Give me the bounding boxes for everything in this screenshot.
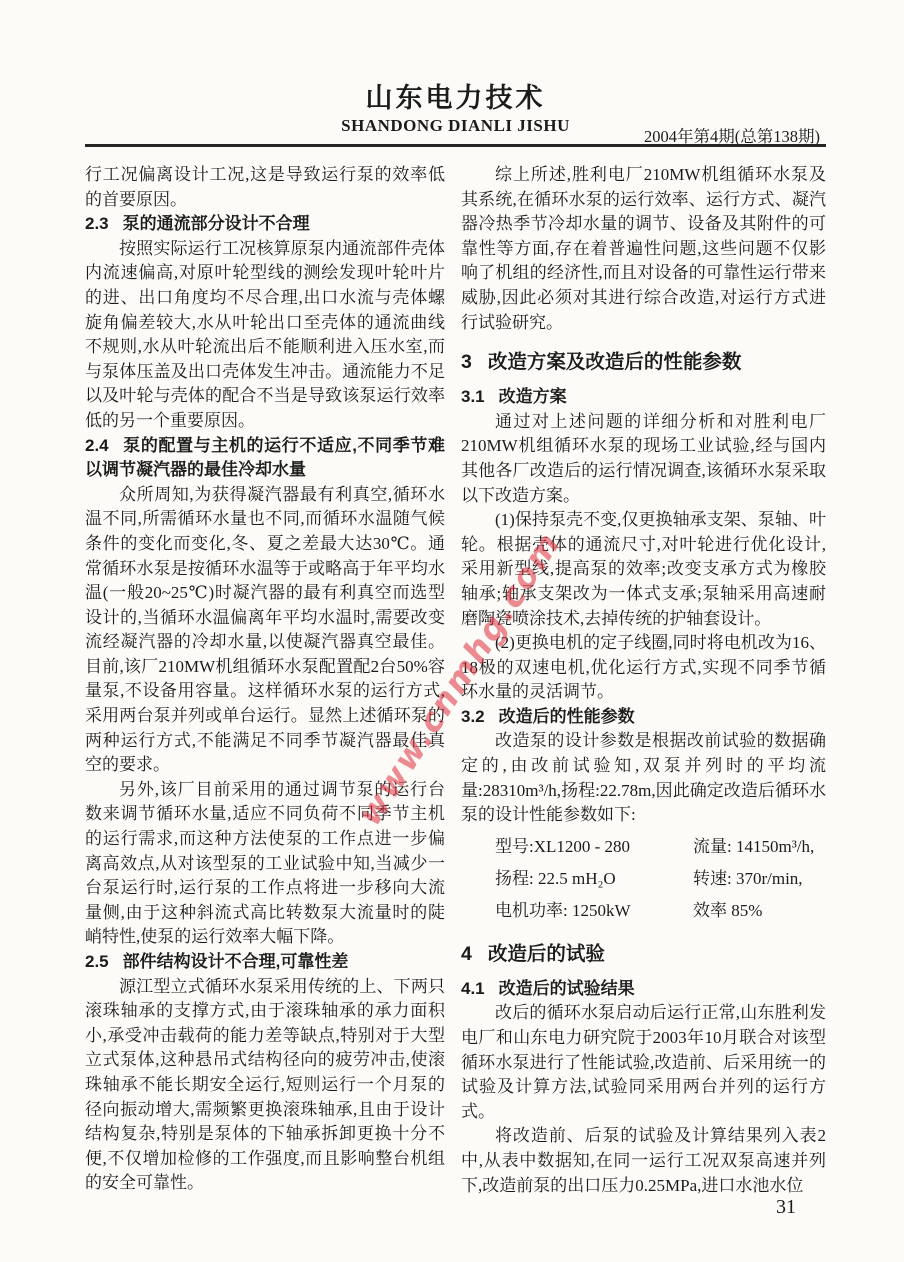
spec-row: 型号:XL1200 - 280 流量: 14150m³/h, [495,831,826,863]
journal-title: 山东电力技术 [85,82,826,114]
right-column: 综上所述,胜利电厂210MW机组循环水泵及其系统,在循环水泵的运行效率、运行方式… [461,163,826,1198]
spec-motor-power: 电机功率: 1250kW [495,895,693,927]
spec-head: 扬程: 22.5 mH₂O [495,863,693,895]
heading-title: 改造后的性能参数 [499,707,635,726]
subsection-heading-2-5: 2.5部件结构设计不合理,可靠性差 [85,950,445,975]
heading-number: 4.1 [461,979,485,998]
page-number: 31 [776,1196,796,1219]
paragraph: 源江型立式循环水泵采用传统的上、下两只滚珠轴承的支撑方式,由于滚珠轴承的承力面积… [85,975,445,1196]
paragraph: 行工况偏离设计工况,这是导致运行泵的效率低的首要原因。 [85,163,445,212]
heading-title: 泵的通流部分设计不合理 [123,214,310,233]
design-parameters-table: 型号:XL1200 - 280 流量: 14150m³/h, 扬程: 22.5 … [495,831,826,927]
section-heading-4: 4改造后的试验 [461,941,826,967]
heading-title: 改造后的试验结果 [499,979,635,998]
paragraph: 改造泵的设计参数是根据改前试验的数据确定的,由改前试验知,双泵并列时的平均流量:… [461,729,826,827]
spec-efficiency: 效率 85% [693,895,826,927]
heading-title: 部件结构设计不合理,可靠性差 [123,952,349,971]
spec-row: 扬程: 22.5 mH₂O 转速: 370r/min, [495,863,826,895]
heading-number: 2.3 [85,214,109,233]
journal-page: 山东电力技术 SHANDONG DIANLI JISHU 2004年第4期(总第… [0,0,904,1262]
heading-number: 2.4 [85,436,109,455]
heading-number: 3 [461,351,472,373]
paragraph: 改后的循环水泵启动后运行正常,山东胜利发电厂和山东电力研究院于2003年10月联… [461,1001,826,1124]
page-content: 山东电力技术 SHANDONG DIANLI JISHU 2004年第4期(总第… [85,82,826,1198]
paragraph: 将改造前、后泵的试验及计算结果列入表2中,从表中数据知,在同一运行工况双泵高速并… [461,1124,826,1198]
heading-number: 3.1 [461,387,485,406]
paragraph: 综上所述,胜利电厂210MW机组循环水泵及其系统,在循环水泵的运行效率、运行方式… [461,163,826,335]
section-heading-3: 3改造方案及改造后的性能参数 [461,349,826,375]
paragraph: 通过对上述问题的详细分析和对胜利电厂210MW机组循环水泵的现场工业试验,经与国… [461,410,826,508]
heading-title: 泵的配置与主机的运行不适应,不同季节难以调节凝汽器的最佳冷却水量 [85,436,445,480]
spec-speed: 转速: 370r/min, [693,863,826,895]
left-column: 行工况偏离设计工况,这是导致运行泵的效率低的首要原因。 2.3泵的通流部分设计不… [85,163,445,1198]
heading-title: 改造方案及改造后的性能参数 [488,351,742,373]
heading-title: 改造后的试验 [488,943,605,965]
subsection-heading-2-3: 2.3泵的通流部分设计不合理 [85,212,445,237]
subsection-heading-2-4: 2.4泵的配置与主机的运行不适应,不同季节难以调节凝汽器的最佳冷却水量 [85,434,445,483]
heading-title: 改造方案 [499,387,567,406]
paragraph: 众所周知,为获得凝汽器最有利真空,循环水温不同,所需循环水量也不同,而循环水温随… [85,483,445,778]
paragraph: (2)更换电机的定子线圈,同时将电机改为16、18极的双速电机,优化运行方式,实… [461,631,826,705]
subsection-heading-3-2: 3.2改造后的性能参数 [461,705,826,730]
paragraph: 另外,该厂目前采用的通过调节泵的运行台数来调节循环水量,适应不同负荷不同季节主机… [85,778,445,950]
paragraph: (1)保持泵壳不变,仅更换轴承支架、泵轴、叶轮。根据壳体的通流尺寸,对叶轮进行优… [461,508,826,631]
heading-number: 2.5 [85,952,109,971]
heading-number: 3.2 [461,707,485,726]
paragraph: 按照实际运行工况核算原泵内通流部件壳体内流速偏高,对原叶轮型线的测绘发现叶轮叶片… [85,237,445,434]
subsection-heading-3-1: 3.1改造方案 [461,385,826,410]
two-column-body: 行工况偏离设计工况,这是导致运行泵的效率低的首要原因。 2.3泵的通流部分设计不… [85,163,826,1198]
spec-flow: 流量: 14150m³/h, [693,831,826,863]
spec-row: 电机功率: 1250kW 效率 85% [495,895,826,927]
heading-number: 4 [461,943,472,965]
subsection-heading-4-1: 4.1改造后的试验结果 [461,977,826,1002]
issue-info: 2004年第4期(总第138期) [644,123,820,147]
page-header: 山东电力技术 SHANDONG DIANLI JISHU 2004年第4期(总第… [85,82,826,147]
spec-model: 型号:XL1200 - 280 [495,831,693,863]
